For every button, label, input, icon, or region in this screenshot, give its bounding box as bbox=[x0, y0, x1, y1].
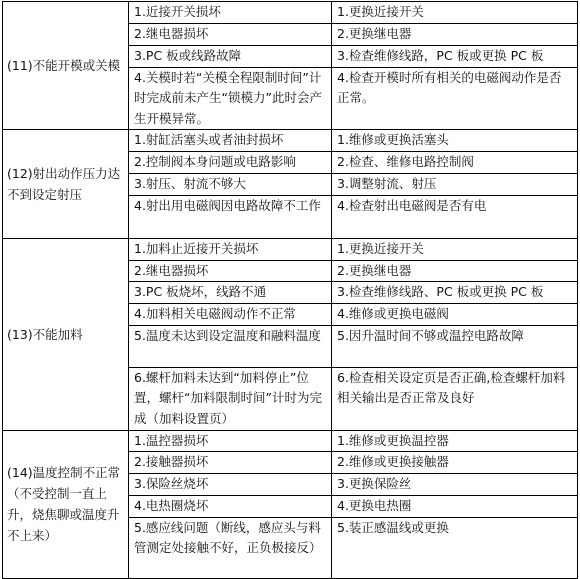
table-row: (14)温度控制不正常（不受控制一直上升，烧焦聊或温度升不上来）1.温控器损坏1… bbox=[3, 430, 578, 452]
fix-cell: 3.更换保险丝 bbox=[332, 474, 578, 496]
fix-cell: 3.检查维修线路、PC 板或更换 PC 板 bbox=[332, 282, 578, 304]
cause-cell: 2.继电器损坏 bbox=[129, 260, 332, 282]
fix-cell: 6.检查相关设定页是否正确,检查螺杆加料相关输出是否正常及良好 bbox=[332, 367, 578, 430]
table-row: (11)不能开模或关模1.近接开关损坏1.更换近接开关 bbox=[3, 2, 578, 24]
cause-cell: 2.继电器损坏 bbox=[129, 23, 332, 45]
fault-cell: (13)不能加料 bbox=[3, 238, 129, 430]
cause-cell: 5.温度未达到设定温度和融料温度 bbox=[129, 325, 332, 367]
table-row: (12)射出动作压力达不到设定射压1.射缸活塞头或者油封损坏1.维修或更换活塞头 bbox=[3, 130, 578, 152]
fix-cell: 2.更换继电器 bbox=[332, 260, 578, 282]
fault-cell: (14)温度控制不正常（不受控制一直上升，烧焦聊或温度升不上来） bbox=[3, 430, 129, 578]
fix-cell: 1.更换近接开关 bbox=[332, 2, 578, 24]
fault-cell: (11)不能开模或关模 bbox=[3, 2, 129, 130]
fix-cell: 2.更换继电器 bbox=[332, 23, 578, 45]
cause-cell: 3.射压、射流不够大 bbox=[129, 174, 332, 196]
cause-cell: 4.电热圈烧坏 bbox=[129, 495, 332, 517]
troubleshooting-table: (11)不能开模或关模1.近接开关损坏1.更换近接开关2.继电器损坏2.更换继电… bbox=[2, 1, 578, 579]
cause-cell: 1.射缸活塞头或者油封损坏 bbox=[129, 130, 332, 152]
cause-cell: 4.加料相关电磁阀动作不正常 bbox=[129, 304, 332, 326]
fix-cell: 2.检查、维修电路控制阀 bbox=[332, 152, 578, 174]
cause-cell: 2.接触器损坏 bbox=[129, 452, 332, 474]
table-body: (11)不能开模或关模1.近接开关损坏1.更换近接开关2.继电器损坏2.更换继电… bbox=[3, 2, 578, 579]
fix-cell: 1.更换近接开关 bbox=[332, 238, 578, 260]
fix-cell: 4.维修或更换电磁阀 bbox=[332, 304, 578, 326]
fix-cell: 1.维修或更换活塞头 bbox=[332, 130, 578, 152]
cause-cell: 4.关模时若“关模全程限制时间”计时完成前未产生“锁模力”此时会产生开模异常。 bbox=[129, 67, 332, 130]
fix-cell: 4.更换电热圈 bbox=[332, 495, 578, 517]
table-row: (13)不能加料1.加料止近接开关损坏1.更换近接开关 bbox=[3, 238, 578, 260]
fix-cell: 1.维修或更换温控器 bbox=[332, 430, 578, 452]
fault-cell: (12)射出动作压力达不到设定射压 bbox=[3, 130, 129, 239]
cause-cell: 1.近接开关损坏 bbox=[129, 2, 332, 24]
cause-cell: 2.控制阀本身问题或电路影响 bbox=[129, 152, 332, 174]
fix-cell: 2.维修或更换接触器 bbox=[332, 452, 578, 474]
cause-cell: 6.螺杆加料未达到“加料停止”位置，螺杆“加料限制时间”计时为完成（加料设置页） bbox=[129, 367, 332, 430]
cause-cell: 1.温控器损坏 bbox=[129, 430, 332, 452]
cause-cell: 4.射出用电磁阀因电路故障不工作 bbox=[129, 195, 332, 238]
cause-cell: 3.PC 板烧坏，线路不通 bbox=[129, 282, 332, 304]
fix-cell: 4.检查射出电磁阀是否有电 bbox=[332, 195, 578, 238]
fix-cell: 5.装正感温线或更换 bbox=[332, 517, 578, 578]
cause-cell: 5.感应线问题（断线，感应头与料管测定处接触不好，正负极接反） bbox=[129, 517, 332, 578]
cause-cell: 3.PC 板或线路故障 bbox=[129, 45, 332, 67]
fix-cell: 5.因升温时间不够或温控电路故障 bbox=[332, 325, 578, 367]
cause-cell: 3.保险丝烧坏 bbox=[129, 474, 332, 496]
cause-cell: 1.加料止近接开关损坏 bbox=[129, 238, 332, 260]
fix-cell: 3.检查维修线路，PC 板或更换 PC 板 bbox=[332, 45, 578, 67]
fix-cell: 3.调整射流、射压 bbox=[332, 174, 578, 196]
fix-cell: 4.检查开模时所有相关的电磁阀动作是否正常。 bbox=[332, 67, 578, 130]
